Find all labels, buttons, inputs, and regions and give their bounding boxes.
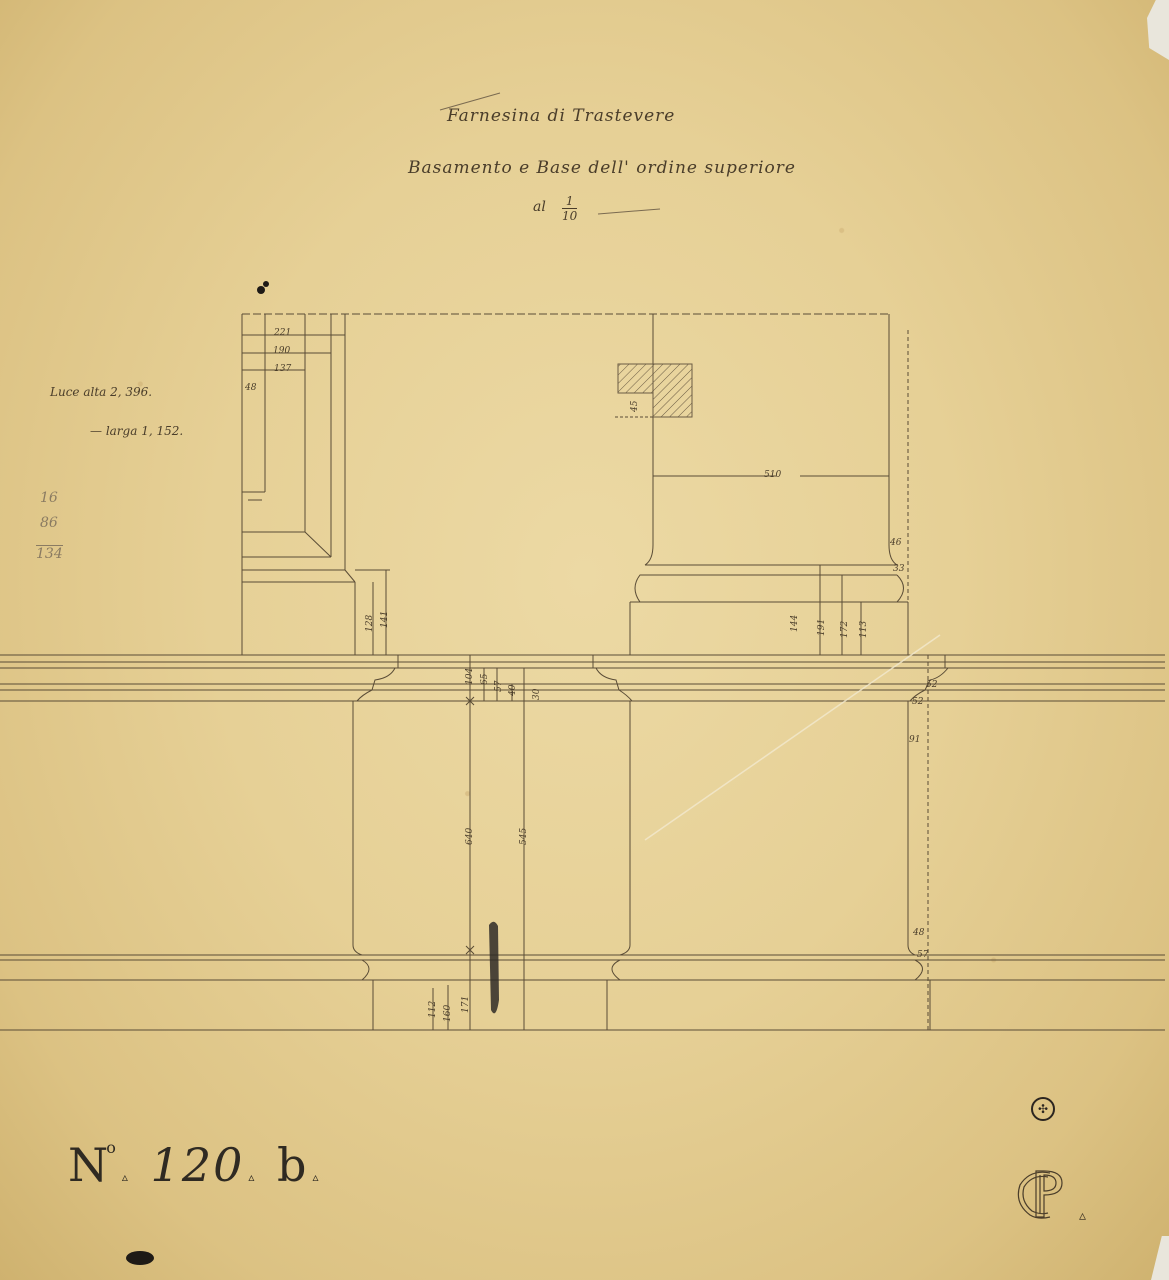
dim-112: 112 [428, 1001, 438, 1018]
dim-33: 33 [893, 564, 904, 574]
pencil-calc-3: 134 [36, 545, 63, 562]
dim-160: 160 [443, 1005, 453, 1022]
dim-171: 171 [461, 996, 471, 1013]
triangle-mark-icon: ▵ [122, 1170, 130, 1184]
architectural-elevation-drawing [0, 0, 1169, 1280]
scale-fraction: 1 10 [562, 194, 577, 223]
dim-172: 172 [840, 621, 850, 638]
dim-545: 545 [519, 828, 529, 845]
catalog-number: No▵ 120▵ b▵ [68, 1138, 325, 1192]
scale-denominator: 10 [562, 208, 577, 223]
catalog-prefix: N [68, 1138, 110, 1192]
catalog-number-value: 120 [151, 1138, 245, 1192]
dim-52-upper: 52 [926, 680, 937, 690]
dim-104: 104 [465, 668, 475, 685]
dim-30: 30 [532, 689, 542, 700]
dim-45: 45 [630, 401, 640, 412]
dim-57: 57 [494, 681, 504, 692]
dim-190: 190 [273, 346, 290, 356]
sheet-subtitle: Basamento e Base dell' ordine superiore [408, 158, 796, 178]
triangle-mark-icon: ▵ [1079, 1208, 1086, 1224]
dim-57-base: 57 [917, 950, 928, 960]
scale-prefix: al [533, 199, 546, 215]
sheet-title: Farnesina di Trastevere [447, 106, 675, 126]
dim-46: 46 [890, 538, 901, 548]
dim-128: 128 [365, 615, 375, 632]
pencil-calc-2: 86 [40, 515, 58, 531]
dim-137: 137 [274, 364, 291, 374]
catalog-superscript: o [106, 1138, 118, 1157]
dim-113: 113 [859, 621, 869, 638]
dim-144: 144 [790, 615, 800, 632]
cp-monogram-icon [1010, 1165, 1070, 1225]
pencil-calc-1: 16 [40, 490, 58, 506]
dim-48: 48 [245, 383, 256, 393]
collection-stamp-icon: ✣ [1031, 1097, 1055, 1121]
dim-221: 221 [274, 328, 291, 338]
dim-40: 40 [508, 685, 518, 696]
dim-91: 91 [909, 735, 920, 745]
catalog-suffix: b [277, 1138, 308, 1192]
triangle-mark-icon: ▵ [312, 1170, 320, 1184]
note-opening-height: Luce alta 2, 396. [50, 385, 152, 399]
drawing-sheet: Farnesina di Trastevere Basamento e Base… [0, 0, 1169, 1280]
scale-numerator: 1 [562, 194, 577, 208]
triangle-mark-icon: ▵ [248, 1170, 256, 1184]
dim-48-base: 48 [913, 928, 924, 938]
dim-191: 191 [817, 619, 827, 636]
dim-141: 141 [380, 611, 390, 628]
dim-52-lower: 52 [912, 697, 923, 707]
note-opening-width: — larga 1, 152. [90, 424, 183, 438]
dim-510: 510 [764, 470, 781, 480]
dim-65: 65 [480, 674, 490, 685]
dim-640: 640 [465, 828, 475, 845]
